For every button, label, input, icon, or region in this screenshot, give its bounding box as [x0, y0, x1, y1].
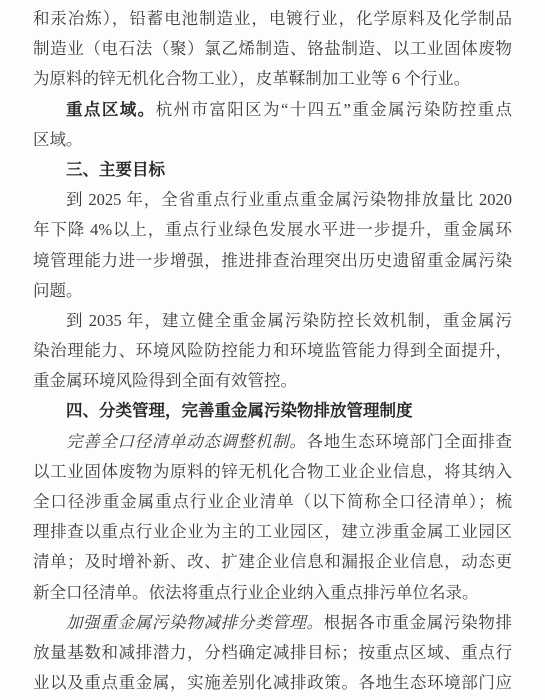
heading-text: 四、分类管理，完善重金属污染物排放管理制度	[66, 402, 413, 420]
body-text: 全口径涉重金属重点行业企业清单（以下简称全口径清单）；梳	[33, 492, 512, 511]
text-line: 加强重金属污染物减排分类管理。根据各市重金属污染物排	[33, 608, 512, 638]
text-line: 到 2035 年，建立健全重金属污染防控长效机制，重金属污	[33, 306, 512, 336]
text-line: 为原料的锌无机化合物工业），皮革鞣制加工业等 6 个行业。	[33, 64, 512, 94]
body-text: 境管理能力进一步增强，推进排查治理突出历史遗留重金属污染	[33, 251, 512, 270]
body-text: 清单；及时增补新、改、扩建企业信息和漏报企业信息，动态更	[33, 552, 512, 571]
document-body: 和汞冶炼），铅蓄电池制造业，电镀行业，化学原料及化学制品制造业（电石法（聚）氯乙…	[0, 0, 545, 698]
text-line: 染治理能力、环境风险防控能力和环境监管能力得到全面提升，	[33, 336, 512, 366]
body-text: 到 2035 年，建立健全重金属污染防控长效机制，重金属污	[66, 311, 512, 330]
body-text: 为原料的锌无机化合物工业），皮革鞣制加工业等 6 个行业。	[33, 69, 470, 88]
text-line: 制造业（电石法（聚）氯乙烯制造、铬盐制造、以工业固体废物	[33, 34, 512, 64]
text-line: 全口径涉重金属重点行业企业清单（以下简称全口径清单）；梳	[33, 487, 512, 517]
text-line: 境管理能力进一步增强，推进排查治理突出历史遗留重金属污染	[33, 246, 512, 276]
text-line: 区域。	[33, 125, 512, 155]
text-line: 新全口径清单。依法将重点行业企业纳入重点排污单位名录。	[33, 578, 512, 608]
body-text: 根据各市重金属污染物排	[324, 613, 512, 632]
text-line: 完善全口径清单动态调整机制。各地生态环境部门全面排查	[33, 427, 512, 457]
bold-lead-text: 重点区域。	[66, 101, 156, 119]
body-text: 理排查以重点行业企业为主的工业园区，建立涉重金属工业园区	[33, 522, 512, 541]
kaiti-lead-text: 加强重金属污染物减排分类管理。	[66, 613, 324, 632]
body-text: 以工业固体废物为原料的锌无机化合物工业企业信息，将其纳入	[33, 462, 512, 481]
body-text: 和汞冶炼），铅蓄电池制造业，电镀行业，化学原料及化学制品	[33, 9, 512, 28]
body-text: 问题。	[33, 281, 83, 300]
text-line: 问题。	[33, 276, 512, 306]
text-line: 重金属环境风险得到全面有效管控。	[33, 366, 512, 396]
text-line: 业以及重点重金属，实施差别化减排政策。各地生态环境部门应	[33, 668, 512, 698]
heading-text: 三、主要目标	[66, 161, 165, 179]
text-line: 年下降 4%以上，重点行业绿色发展水平进一步提升，重金属环	[33, 215, 512, 245]
document-page: 和汞冶炼），铅蓄电池制造业，电镀行业，化学原料及化学制品制造业（电石法（聚）氯乙…	[0, 0, 545, 700]
body-text: 业以及重点重金属，实施差别化减排政策。各地生态环境部门应	[33, 673, 512, 692]
text-line: 到 2025 年，全省重点行业重点重金属污染物排放量比 2020	[33, 185, 512, 215]
body-text: 新全口径清单。依法将重点行业企业纳入重点排污单位名录。	[33, 583, 479, 602]
body-text: 区域。	[33, 130, 83, 149]
body-text: 放量基数和减排潜力，分档确定减排目标；按重点区域、重点行	[33, 643, 512, 662]
body-text: 杭州市富阳区为“十四五”重金属污染防控重点	[156, 100, 512, 119]
body-text: 制造业（电石法（聚）氯乙烯制造、铬盐制造、以工业固体废物	[33, 39, 512, 58]
body-text: 染治理能力、环境风险防控能力和环境监管能力得到全面提升，	[33, 341, 512, 360]
body-text: 重金属环境风险得到全面有效管控。	[33, 371, 297, 390]
text-line: 清单；及时增补新、改、扩建企业信息和漏报企业信息，动态更	[33, 547, 512, 577]
body-text: 年下降 4%以上，重点行业绿色发展水平进一步提升，重金属环	[33, 220, 512, 239]
text-line: 重点区域。杭州市富阳区为“十四五”重金属污染防控重点	[33, 95, 512, 125]
kaiti-lead-text: 完善全口径清单动态调整机制。	[66, 432, 307, 451]
text-line: 以工业固体废物为原料的锌无机化合物工业企业信息，将其纳入	[33, 457, 512, 487]
text-line: 放量基数和减排潜力，分档确定减排目标；按重点区域、重点行	[33, 638, 512, 668]
body-text: 各地生态环境部门全面排查	[307, 432, 512, 451]
heading-line: 三、主要目标	[33, 155, 512, 185]
heading-line: 四、分类管理，完善重金属污染物排放管理制度	[33, 396, 512, 426]
text-line: 理排查以重点行业企业为主的工业园区，建立涉重金属工业园区	[33, 517, 512, 547]
text-line: 和汞冶炼），铅蓄电池制造业，电镀行业，化学原料及化学制品	[33, 4, 512, 34]
body-text: 到 2025 年，全省重点行业重点重金属污染物排放量比 2020	[66, 190, 512, 209]
